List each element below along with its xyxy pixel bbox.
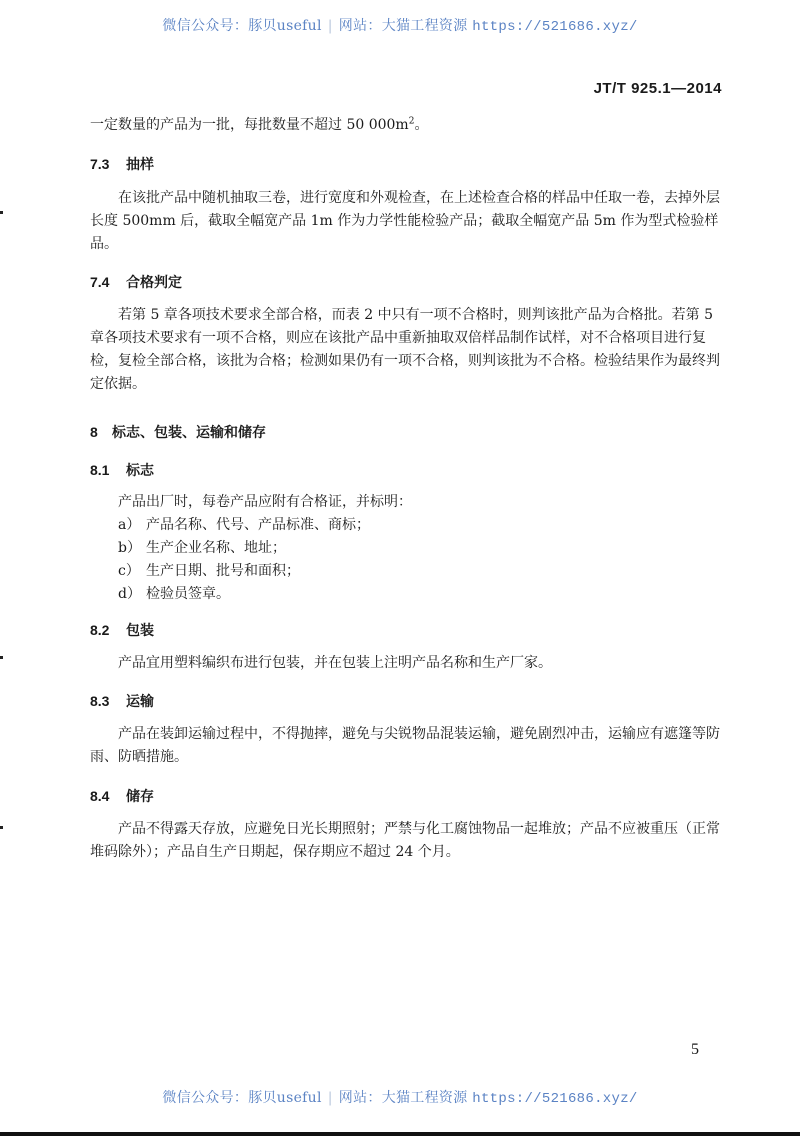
page-number: 5 — [691, 1041, 699, 1059]
scan-mark — [0, 656, 3, 659]
section-heading-7-3: 7.3抽样 — [90, 154, 720, 174]
section-heading-8-3: 8.3运输 — [90, 691, 720, 711]
section-8-1-lead: 产品出厂时，每卷产品应附有合格证，并标明： — [90, 491, 720, 514]
section-heading-8-1: 8.1标志 — [90, 460, 720, 480]
watermark-wechat: 微信公众号：豚贝useful — [162, 18, 321, 34]
watermark-site: 网站：大猫工程资源 — [339, 18, 468, 34]
watermark-separator: | — [328, 18, 333, 34]
scan-mark — [0, 826, 3, 829]
section-heading-8-2: 8.2包装 — [90, 620, 720, 640]
watermark-separator: | — [328, 1090, 333, 1106]
standard-code: JT/T 925.1—2014 — [594, 80, 722, 97]
watermark-url: https://521686.xyz/ — [472, 19, 637, 35]
section-7-4-text: 若第 5 章各项技术要求全部合格，而表 2 中只有一项不合格时，则判该批产品为合… — [90, 304, 720, 396]
list-item: c）生产日期、批号和面积； — [90, 560, 720, 583]
section-8-3-text: 产品在装卸运输过程中，不得抛摔，避免与尖锐物品混装运输，避免剧烈冲击，运输应有遮… — [90, 723, 720, 769]
list-item: b）生产企业名称、地址； — [90, 537, 720, 560]
watermark-top: 微信公众号：豚贝useful|网站：大猫工程资源 https://521686.… — [0, 15, 800, 35]
section-heading-8-4: 8.4储存 — [90, 786, 720, 806]
section-8-4-text: 产品不得露天存放，应避免日光长期照射；严禁与化工腐蚀物品一起堆放；产品不应被重压… — [90, 818, 720, 864]
intro-line: 一定数量的产品为一批，每批数量不超过 50 000m2。 — [90, 114, 720, 137]
scan-edge — [0, 1132, 800, 1136]
section-heading-7-4: 7.4合格判定 — [90, 272, 720, 292]
document-body: 一定数量的产品为一批，每批数量不超过 50 000m2。 7.3抽样 在该批产品… — [90, 114, 720, 864]
section-8-2-text: 产品宜用塑料编织布进行包装，并在包装上注明产品名称和生产厂家。 — [90, 652, 720, 675]
watermark-site: 网站：大猫工程资源 — [339, 1090, 468, 1106]
list-item: d）检验员签章。 — [90, 583, 720, 606]
list-item: a）产品名称、代号、产品标准、商标； — [90, 514, 720, 537]
section-7-3-text: 在该批产品中随机抽取三卷，进行宽度和外观检查，在上述检查合格的样品中任取一卷，去… — [90, 187, 720, 256]
watermark-url: https://521686.xyz/ — [472, 1091, 637, 1107]
watermark-bottom: 微信公众号：豚贝useful|网站：大猫工程资源 https://521686.… — [0, 1087, 800, 1107]
scan-mark — [0, 211, 3, 214]
chapter-heading-8: 8标志、包装、运输和储存 — [90, 422, 720, 442]
watermark-wechat: 微信公众号：豚贝useful — [162, 1090, 321, 1106]
